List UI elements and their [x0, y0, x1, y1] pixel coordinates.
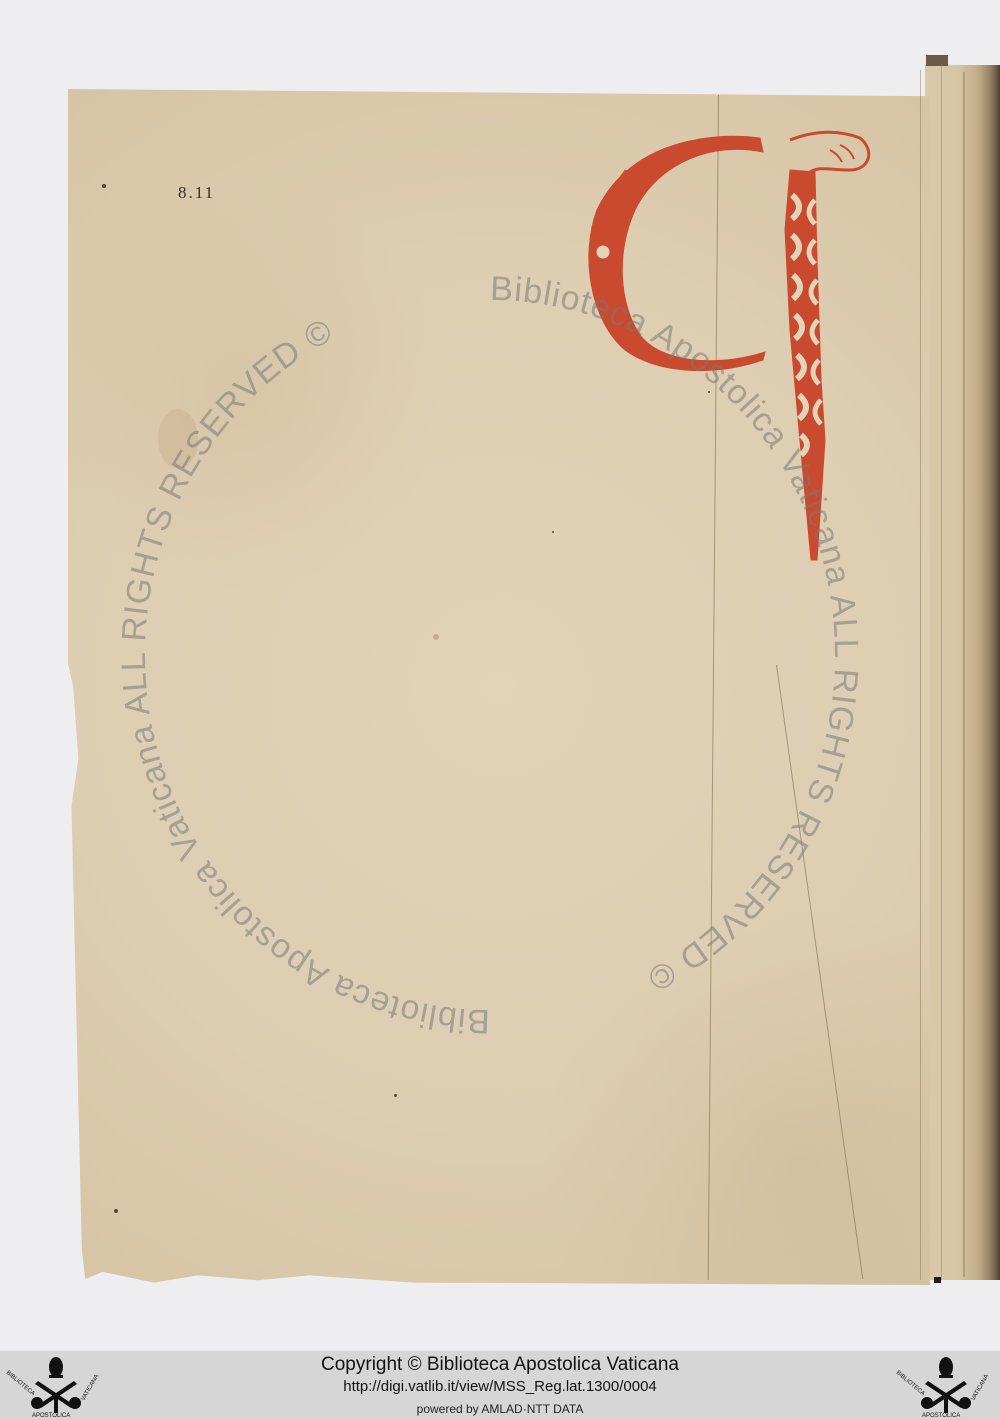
- parchment-speck: [114, 1209, 118, 1213]
- parchment-speck: [102, 184, 106, 188]
- parchment-stain: [433, 634, 439, 640]
- binding-tab: [934, 1277, 941, 1283]
- source-url[interactable]: http://digi.vatlib.it/view/MSS_Reg.lat.1…: [250, 1378, 750, 1395]
- parchment-speck: [552, 531, 554, 533]
- parchment-stain: [158, 409, 198, 469]
- binding-fold-line: [963, 72, 965, 1277]
- vatican-library-logo-icon: BIBLIOTECA APOSTOLICA VATICANA: [2, 1353, 110, 1419]
- svg-text:VATICANA: VATICANA: [971, 1374, 991, 1402]
- powered-by-text: powered by AMLAD·NTT DATA: [250, 1402, 750, 1416]
- shelfmark-note: 8.11: [178, 183, 215, 203]
- svg-text:APOSTOLICA: APOSTOLICA: [32, 1413, 70, 1419]
- manuscript-scan: 8.11 Biblioteca Apostolica Vaticana ALL …: [0, 0, 1000, 1350]
- copyright-footer: BIBLIOTECA APOSTOLICA VATICANA Copyright…: [0, 1350, 1000, 1419]
- svg-text:BIBLIOTECA: BIBLIOTECA: [895, 1370, 926, 1397]
- parchment-speck: [143, 1304, 146, 1307]
- vatican-library-logo-icon: BIBLIOTECA APOSTOLICA VATICANA: [892, 1353, 1000, 1419]
- binding-tab: [926, 55, 948, 66]
- parchment-speck: [394, 1094, 397, 1097]
- binding-fold-line: [941, 65, 942, 1280]
- svg-text:VATICANA: VATICANA: [81, 1374, 101, 1402]
- svg-text:APOSTOLICA: APOSTOLICA: [922, 1413, 960, 1419]
- paper-crease: [920, 70, 921, 1280]
- svg-text:BIBLIOTECA: BIBLIOTECA: [5, 1370, 36, 1397]
- decorated-initial-q: [585, 130, 880, 570]
- copyright-text: Copyright © Biblioteca Apostolica Vatica…: [250, 1354, 750, 1376]
